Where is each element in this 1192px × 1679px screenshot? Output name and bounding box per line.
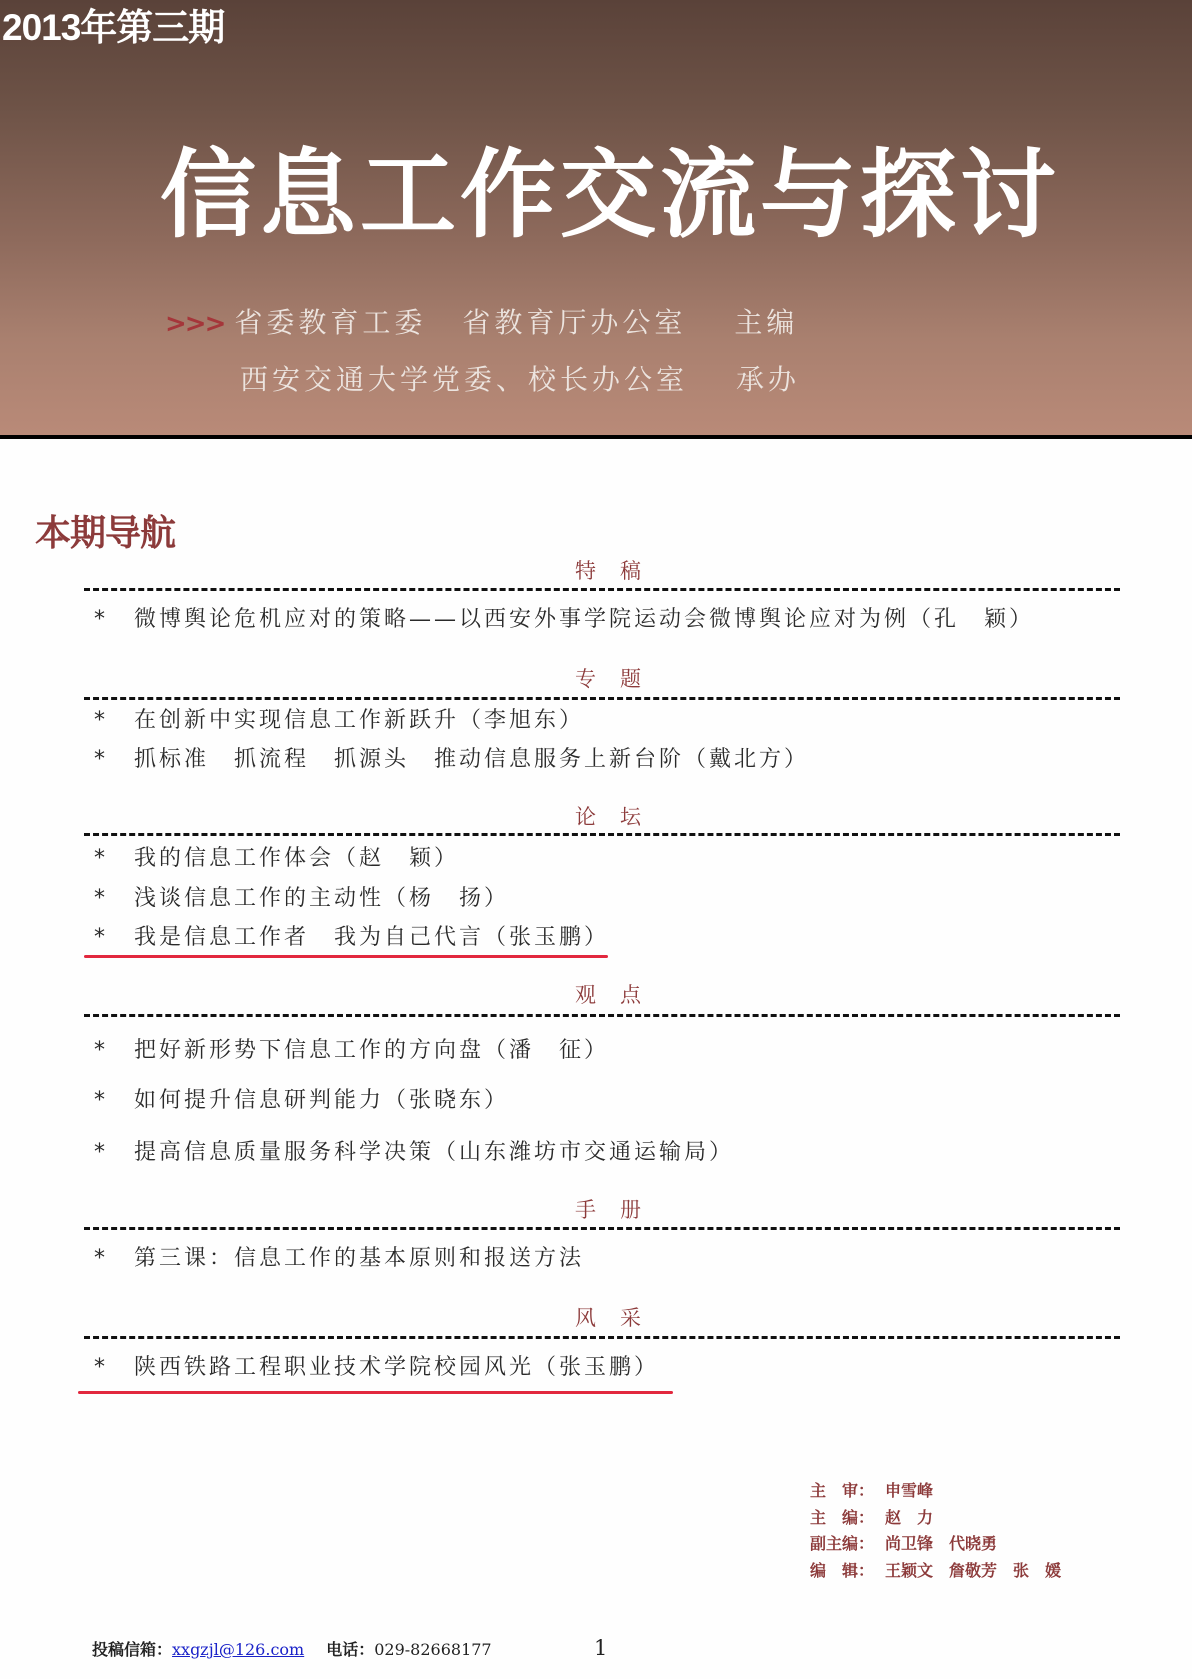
phone-number: 029-82668177 (374, 1640, 491, 1659)
triple-arrow-icon: >>> (165, 309, 224, 339)
asterisk-bullet-icon: * (94, 605, 134, 635)
cover-header: 2013年第三期 信息工作交流与探讨 >>>省委教育工委省教育厅办公室主编 西安… (0, 0, 1192, 435)
toc-item[interactable]: *浅谈信息工作的主动性（杨 扬） (94, 884, 509, 914)
toc-item[interactable]: *提高信息质量服务科学决策（山东潍坊市交通运输局） (94, 1138, 734, 1168)
red-underline (78, 1391, 673, 1394)
editor-org-2: 省教育厅办公室 (462, 306, 686, 339)
section-divider (84, 697, 1120, 700)
issue-label: 2013年第三期 (2, 6, 224, 50)
toc-item[interactable]: *抓标准 抓流程 抓源头 推动信息服务上新台阶（戴北方） (94, 745, 809, 775)
footer-contact: 投稿信箱：xxgzjl@126.com电话：029-82668177 (92, 1638, 492, 1662)
toc-item[interactable]: *我的信息工作体会（赵 颖） (94, 844, 459, 874)
editor-org-1: 省委教育工委 (234, 306, 426, 339)
asterisk-bullet-icon: * (94, 923, 134, 953)
toc-item-highlighted[interactable]: *陕西铁路工程职业技术学院校园风光（张玉鹏） (94, 1353, 659, 1383)
section-heading-handbook: 手册 (560, 1197, 680, 1223)
credit-row: 主 编：赵 力 (810, 1505, 1061, 1532)
phone-label: 电话： (326, 1640, 374, 1659)
email-label: 投稿信箱： (92, 1640, 172, 1659)
red-underline (84, 955, 608, 958)
credit-row: 主 审：申雪峰 (810, 1478, 1061, 1505)
page-number: 1 (594, 1636, 607, 1660)
section-heading-viewpoint: 观点 (560, 982, 680, 1008)
email-link[interactable]: xxgzjl@126.com (172, 1640, 304, 1659)
credit-row: 编 辑：王颖文 詹敬芳 张 媛 (810, 1558, 1061, 1585)
asterisk-bullet-icon: * (94, 1036, 134, 1066)
section-divider (84, 1336, 1120, 1339)
section-heading-showcase: 风采 (560, 1305, 680, 1331)
toc-item[interactable]: *在创新中实现信息工作新跃升（李旭东） (94, 706, 584, 736)
editor-line: >>>省委教育工委省教育厅办公室主编 (165, 305, 798, 342)
host-org: 西安交通大学党委、校长办公室 (240, 363, 688, 396)
host-role: 承办 (736, 363, 800, 396)
toc-item[interactable]: *微博舆论危机应对的策略——以西安外事学院运动会微博舆论应对为例（孔 颖） (94, 605, 1034, 635)
asterisk-bullet-icon: * (94, 884, 134, 914)
asterisk-bullet-icon: * (94, 1086, 134, 1116)
editor-role: 主编 (734, 306, 798, 339)
toc-item[interactable]: *第三课：信息工作的基本原则和报送方法 (94, 1244, 584, 1274)
section-heading-topic: 专题 (560, 666, 680, 692)
credit-row: 副主编：尚卫锋 代晓勇 (810, 1531, 1061, 1558)
section-divider (84, 588, 1120, 591)
publication-title: 信息工作交流与探讨 (160, 140, 1040, 250)
asterisk-bullet-icon: * (94, 1138, 134, 1168)
toc-item-highlighted[interactable]: *我是信息工作者 我为自己代言（张玉鹏） (94, 923, 609, 953)
section-divider (84, 1014, 1120, 1017)
asterisk-bullet-icon: * (94, 1353, 134, 1383)
toc-item[interactable]: *把好新形势下信息工作的方向盘（潘 征） (94, 1036, 609, 1066)
section-divider (84, 1227, 1120, 1230)
section-divider (84, 833, 1120, 836)
section-heading-special: 特稿 (560, 558, 680, 584)
asterisk-bullet-icon: * (94, 1244, 134, 1274)
section-heading-forum: 论坛 (560, 804, 680, 830)
host-line: 西安交通大学党委、校长办公室承办 (240, 362, 800, 398)
asterisk-bullet-icon: * (94, 706, 134, 736)
toc-item[interactable]: *如何提升信息研判能力（张晓东） (94, 1086, 509, 1116)
asterisk-bullet-icon: * (94, 844, 134, 874)
header-divider (0, 435, 1192, 439)
asterisk-bullet-icon: * (94, 745, 134, 775)
editorial-credits: 主 审：申雪峰 主 编：赵 力 副主编：尚卫锋 代晓勇 编 辑：王颖文 詹敬芳 … (810, 1478, 1061, 1584)
toc-title: 本期导航 (35, 512, 175, 556)
